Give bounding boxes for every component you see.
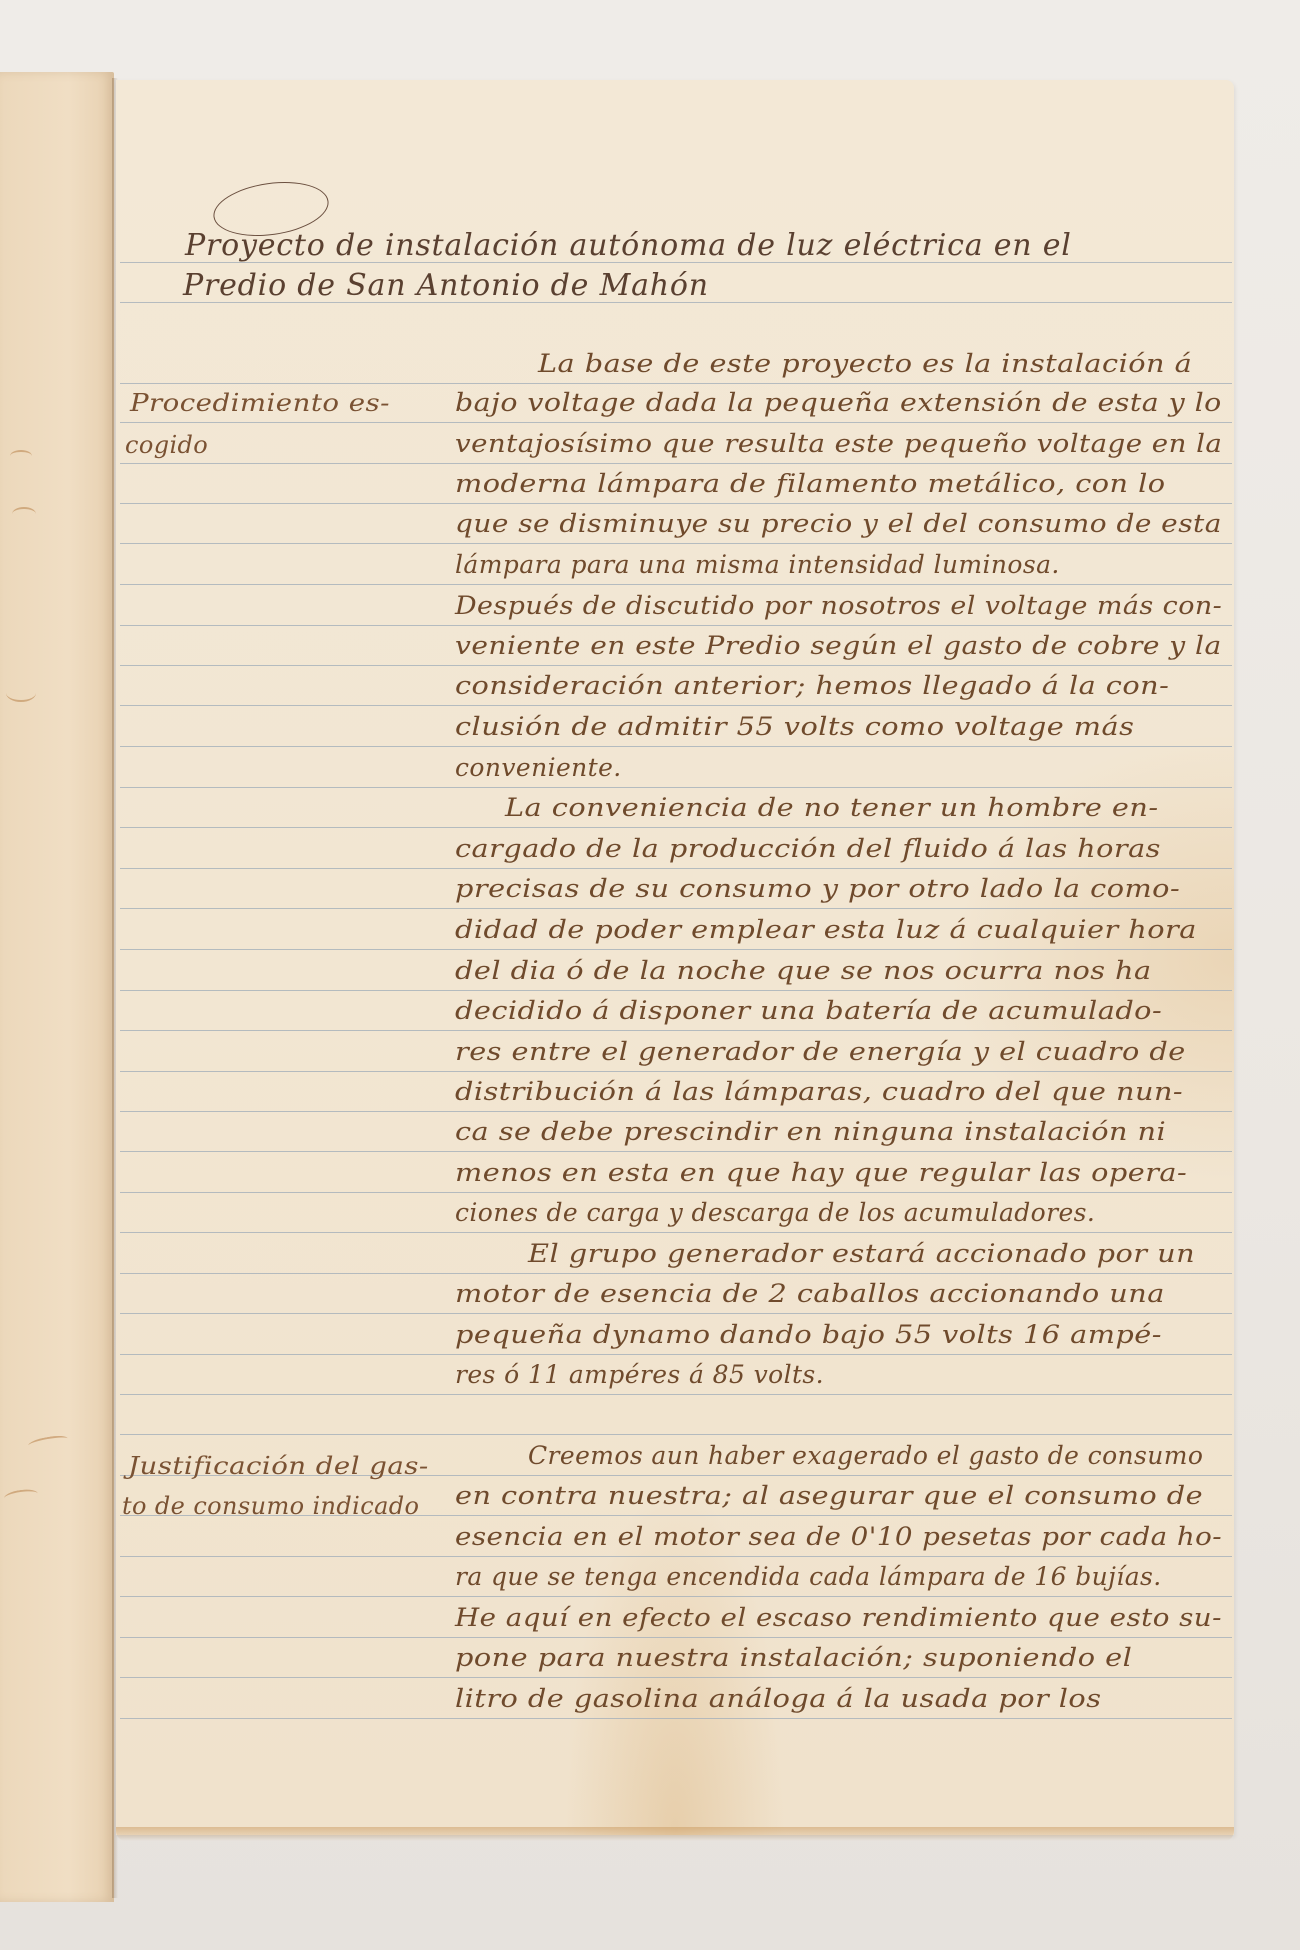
ruled-line xyxy=(120,990,1232,991)
ruled-line xyxy=(120,787,1232,788)
title-line-2: Predio de San Antonio de Mahón xyxy=(183,268,709,303)
manuscript-line: consideración anterior; hemos llegado á … xyxy=(455,671,1169,700)
manuscript-line: distribución á las lámparas, cuadro del … xyxy=(455,1077,1183,1106)
manuscript-line: ciones de carga y descarga de los acumul… xyxy=(455,1198,1095,1227)
manuscript-line: litro de gasolina análoga á la usada por… xyxy=(455,1684,1101,1713)
manuscript-line: El grupo generador estará accionado por … xyxy=(528,1239,1195,1268)
ink-flourish xyxy=(12,507,36,521)
manuscript-line: pequeña dynamo dando bajo 55 volts 16 am… xyxy=(455,1320,1162,1349)
manuscript-line: ventajosísimo que resulta este pequeño v… xyxy=(455,429,1222,458)
manuscript-line: ca se debe prescindir en ninguna instala… xyxy=(455,1117,1166,1146)
ruled-line xyxy=(120,665,1232,666)
manuscript-line: bajo voltage dada la pequeña extensión d… xyxy=(455,388,1222,417)
ruled-line xyxy=(120,1637,1232,1638)
ink-flourish xyxy=(10,450,32,462)
ruled-line xyxy=(120,1718,1232,1719)
ruled-line xyxy=(120,1273,1232,1274)
ruled-line xyxy=(120,1192,1232,1193)
ruled-line xyxy=(120,746,1232,747)
ruled-line xyxy=(120,1556,1232,1557)
ruled-line xyxy=(120,1354,1232,1355)
ruled-line xyxy=(120,383,1232,384)
margin-heading-procedimiento-2: cogido xyxy=(125,431,208,459)
manuscript-line: motor de esencia de 2 caballos accionand… xyxy=(455,1279,1165,1308)
manuscript-line: menos en esta en que hay que regular las… xyxy=(455,1158,1187,1187)
manuscript-line: esencia en el motor sea de 0'10 pesetas … xyxy=(455,1522,1222,1551)
ruled-line xyxy=(120,827,1232,828)
margin-heading-justificacion-2: to de consumo indicado xyxy=(122,1492,419,1520)
margin-heading-justificacion-1: Justificación del gas- xyxy=(128,1452,429,1480)
ruled-line xyxy=(120,705,1232,706)
ruled-line xyxy=(120,1030,1232,1031)
manuscript-line: Después de discutido por nosotros el vol… xyxy=(455,591,1222,620)
manuscript-line: precisas de su consumo y por otro lado l… xyxy=(455,874,1180,903)
left-page-edge xyxy=(0,72,114,1902)
ruled-line xyxy=(120,868,1232,869)
manuscript-line: decidido á disponer una batería de acumu… xyxy=(455,996,1162,1025)
manuscript-line: conveniente. xyxy=(455,753,622,782)
ruled-line xyxy=(120,1394,1232,1395)
ruled-line xyxy=(120,1677,1232,1678)
ruled-line xyxy=(120,1434,1232,1435)
manuscript-line: clusión de admitir 55 volts como voltage… xyxy=(455,712,1134,741)
manuscript-line: La conveniencia de no tener un hombre en… xyxy=(505,793,1159,822)
ink-flourish xyxy=(27,1434,68,1451)
ruled-line xyxy=(120,1313,1232,1314)
manuscript-line: en contra nuestra; al asegurar que el co… xyxy=(455,1481,1203,1510)
manuscript-line: lámpara para una misma intensidad lumino… xyxy=(455,550,1060,579)
manuscript-line: cargado de la producción del fluido á la… xyxy=(455,834,1161,863)
manuscript-line: La base de este proyecto es la instalaci… xyxy=(538,349,1192,378)
margin-heading-procedimiento-1: Procedimiento es- xyxy=(130,389,390,417)
ruled-line xyxy=(120,949,1232,950)
manuscript-line: moderna lámpara de filamento metálico, c… xyxy=(455,469,1166,498)
ruled-line xyxy=(120,1071,1232,1072)
manuscript-line: res ó 11 ampéres á 85 volts. xyxy=(455,1360,824,1389)
ruled-line xyxy=(120,463,1232,464)
ink-flourish xyxy=(3,1488,38,1505)
ruled-line xyxy=(120,1151,1232,1152)
ruled-line xyxy=(120,584,1232,585)
ruled-line xyxy=(120,503,1232,504)
manuscript-line: pone para nuestra instalación; suponiend… xyxy=(455,1643,1132,1672)
manuscript-line: Creemos aun haber exagerado el gasto de … xyxy=(528,1441,1203,1470)
ruled-line xyxy=(120,625,1232,626)
ruled-line xyxy=(120,1111,1232,1112)
manuscript-line: del dia ó de la noche que se nos ocurra … xyxy=(455,956,1152,985)
ruled-line xyxy=(120,1232,1232,1233)
manuscript-line: He aquí en efecto el escaso rendimiento … xyxy=(455,1603,1222,1632)
manuscript-line: res entre el generador de energía y el c… xyxy=(455,1037,1186,1066)
ruled-line xyxy=(120,908,1232,909)
ink-flourish xyxy=(6,684,36,702)
manuscript-line: didad de poder emplear esta luz á cualqu… xyxy=(455,915,1197,944)
manuscript-line: ra que se tenga encendida cada lámpara d… xyxy=(455,1562,1162,1591)
manuscript-line: que se disminuye su precio y el del cons… xyxy=(455,509,1222,538)
ruled-line xyxy=(120,422,1232,423)
manuscript-line: veniente en este Predio según el gasto d… xyxy=(455,631,1222,660)
title-line-1: Proyecto de instalación autónoma de luz … xyxy=(185,228,1072,263)
ruled-line xyxy=(120,543,1232,544)
ruled-line xyxy=(120,1596,1232,1597)
